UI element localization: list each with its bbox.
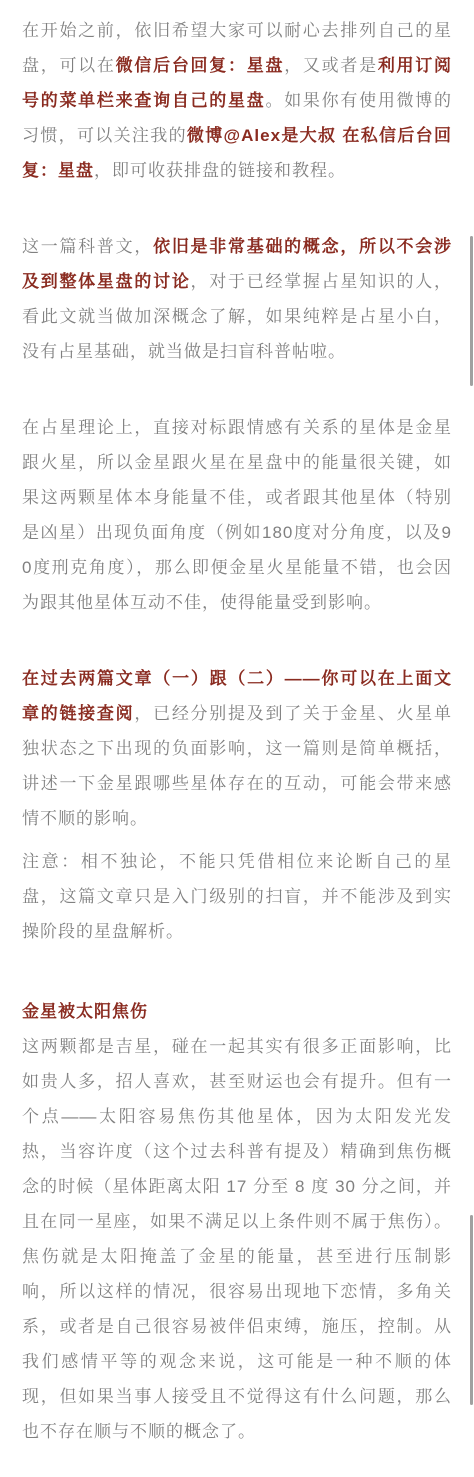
article-paragraph: 在占星理论上，直接对标跟情感有关系的星体是金星跟火星，所以金星跟火星在星盘中的能… bbox=[22, 410, 452, 620]
text-run-normal: 在占星理论上，直接对标跟情感有关系的星体是金星跟火星，所以金星跟火星在星盘中的能… bbox=[22, 418, 452, 612]
text-run-emphasis: 金星被太阳焦伤 bbox=[22, 1002, 148, 1021]
text-run-normal: 这两颗都是吉星，碰在一起其实有很多正面影响，比如贵人多，招人喜欢，甚至财运也会有… bbox=[22, 1037, 452, 1441]
text-run-normal: 注意：相不独论，不能只凭借相位来论断自己的星盘，这篇文章只是入门级别的扫盲，并不… bbox=[22, 852, 452, 941]
text-run-normal: ，即可收获排盘的链接和教程。 bbox=[94, 161, 346, 180]
text-run-normal: ，又或者是 bbox=[284, 56, 378, 75]
article-paragraph: 这一篇科普文，依旧是非常基础的概念，所以不会涉及到整体星盘的讨论，对于已经掌握占… bbox=[22, 229, 452, 369]
section-heading: 金星被太阳焦伤 bbox=[22, 994, 452, 1029]
article-paragraph: 在开始之前，依旧希望大家可以耐心去排列自己的星盘，可以在微信后台回复：星盘，又或… bbox=[22, 13, 452, 188]
article-paragraph: 这两颗都是吉星，碰在一起其实有很多正面影响，比如贵人多，招人喜欢，甚至财运也会有… bbox=[22, 1029, 452, 1449]
text-run-emphasis: 微信后台回复：星盘 bbox=[116, 56, 285, 75]
article-body: 在开始之前，依旧希望大家可以耐心去排列自己的星盘，可以在微信后台回复：星盘，又或… bbox=[22, 13, 452, 1449]
scrollbar bbox=[468, 0, 474, 1477]
scrollbar-thumb[interactable] bbox=[470, 236, 473, 386]
text-run-normal: 这一篇科普文， bbox=[22, 237, 153, 256]
article-page: 在开始之前，依旧希望大家可以耐心去排列自己的星盘，可以在微信后台回复：星盘，又或… bbox=[0, 0, 474, 1477]
article-paragraph: 在过去两篇文章（一）跟（二）——你可以在上面文章的链接查阅，已经分别提及到了关于… bbox=[22, 661, 452, 836]
article-paragraph: 注意：相不独论，不能只凭借相位来论断自己的星盘，这篇文章只是入门级别的扫盲，并不… bbox=[22, 844, 452, 949]
scrollbar-thumb[interactable] bbox=[470, 1215, 473, 1405]
